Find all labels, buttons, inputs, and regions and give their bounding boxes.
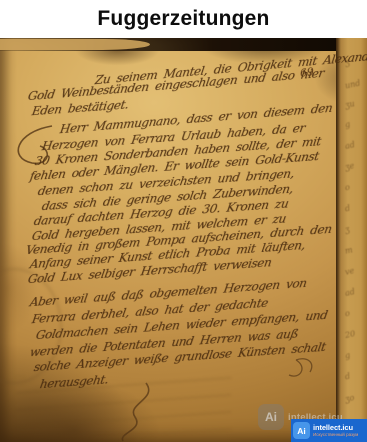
- page-title: Fuggerzeitungen: [0, 0, 367, 31]
- margin-fragment: ʒo: [344, 393, 355, 404]
- ghost-logo-text: Ai: [265, 410, 277, 424]
- ai-logo-icon: Ai: [293, 422, 310, 439]
- badge-site-link[interactable]: intellect.icu: [313, 424, 358, 432]
- margin-fragment: ve: [344, 266, 355, 277]
- badge-tagline: Искусственный разум: [313, 433, 358, 438]
- paper-curl: [0, 39, 150, 50]
- manuscript-photo: ʒundʒugadʒeodʒmveado20gdʒo 69 Zu seinem …: [0, 38, 367, 442]
- badge-logo-text: Ai: [297, 426, 306, 436]
- badge-text-column: intellect.icu Искусственный разум: [313, 424, 358, 438]
- screenshot-root: Fuggerzeitungen ʒundʒugadʒeodʒmveado20gd…: [0, 0, 367, 442]
- title-bar: Fuggerzeitungen: [0, 0, 367, 38]
- watermark-badge[interactable]: Ai intellect.icu Искусственный разум: [291, 419, 367, 442]
- margin-fragment: ʒe: [344, 161, 355, 172]
- ai-logo-icon: Ai: [258, 404, 284, 430]
- margin-fragment: m: [344, 245, 353, 255]
- margin-fragment: ʒ: [344, 225, 350, 235]
- bleedthrough-text: [16, 376, 231, 438]
